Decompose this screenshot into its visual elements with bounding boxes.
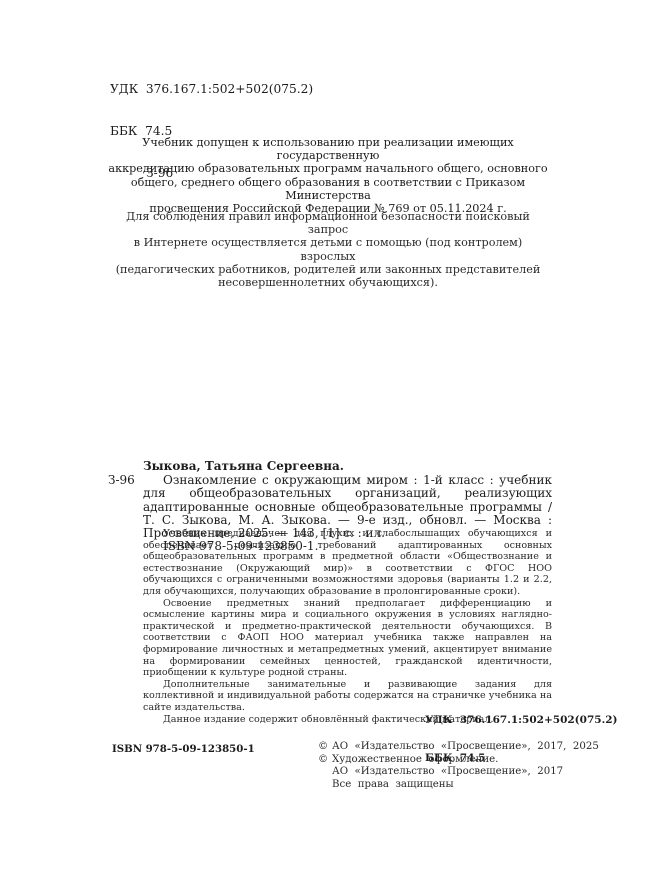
footer-udk-code: УДК 376.167.1:502+502(075.2) [425, 714, 618, 727]
udk-code: УДК 376.167.1:502+502(075.2) [110, 82, 313, 96]
annotation-paragraph: Учебник предназначен для глухих и слабос… [143, 528, 552, 598]
copyright-block: ©АО «Издательство «Просвещение», 2017, 2… [318, 741, 599, 791]
safety-line: Для соблюдения правил информационной без… [108, 210, 548, 236]
author-mark-code: З-96 [108, 474, 135, 487]
copyright-icon: © [318, 741, 332, 754]
safety-line: (педагогических работников, родителей ил… [108, 263, 548, 276]
safety-line: несовершеннолетних обучающихся). [108, 276, 548, 289]
approval-line: общего, среднего общего образования в со… [108, 176, 548, 202]
copyright-icon: © [318, 754, 332, 767]
annotation-paragraph: Освоение предметных знаний предполагает … [143, 598, 552, 679]
safety-notice: Для соблюдения правил информационной без… [108, 210, 548, 289]
isbn-number: ISBN 978-5-09-123850-1 [112, 743, 255, 755]
approval-line: аккредитацию образовательных программ на… [108, 162, 548, 175]
approval-line: Учебник допущен к использованию при реал… [108, 136, 548, 162]
author-name: Зыкова, Татьяна Сергеевна. [143, 459, 344, 473]
copyright-line: Все права защищены [332, 779, 454, 790]
copyright-line: Художественное оформление. [332, 754, 498, 765]
copyright-line: АО «Издательство «Просвещение», 2017 [332, 766, 563, 777]
copyright-line: АО «Издательство «Просвещение», 2017, 20… [332, 741, 599, 752]
safety-line: в Интернете осуществляется детьми с помо… [108, 236, 548, 262]
approval-notice: Учебник допущен к использованию при реал… [108, 136, 548, 215]
